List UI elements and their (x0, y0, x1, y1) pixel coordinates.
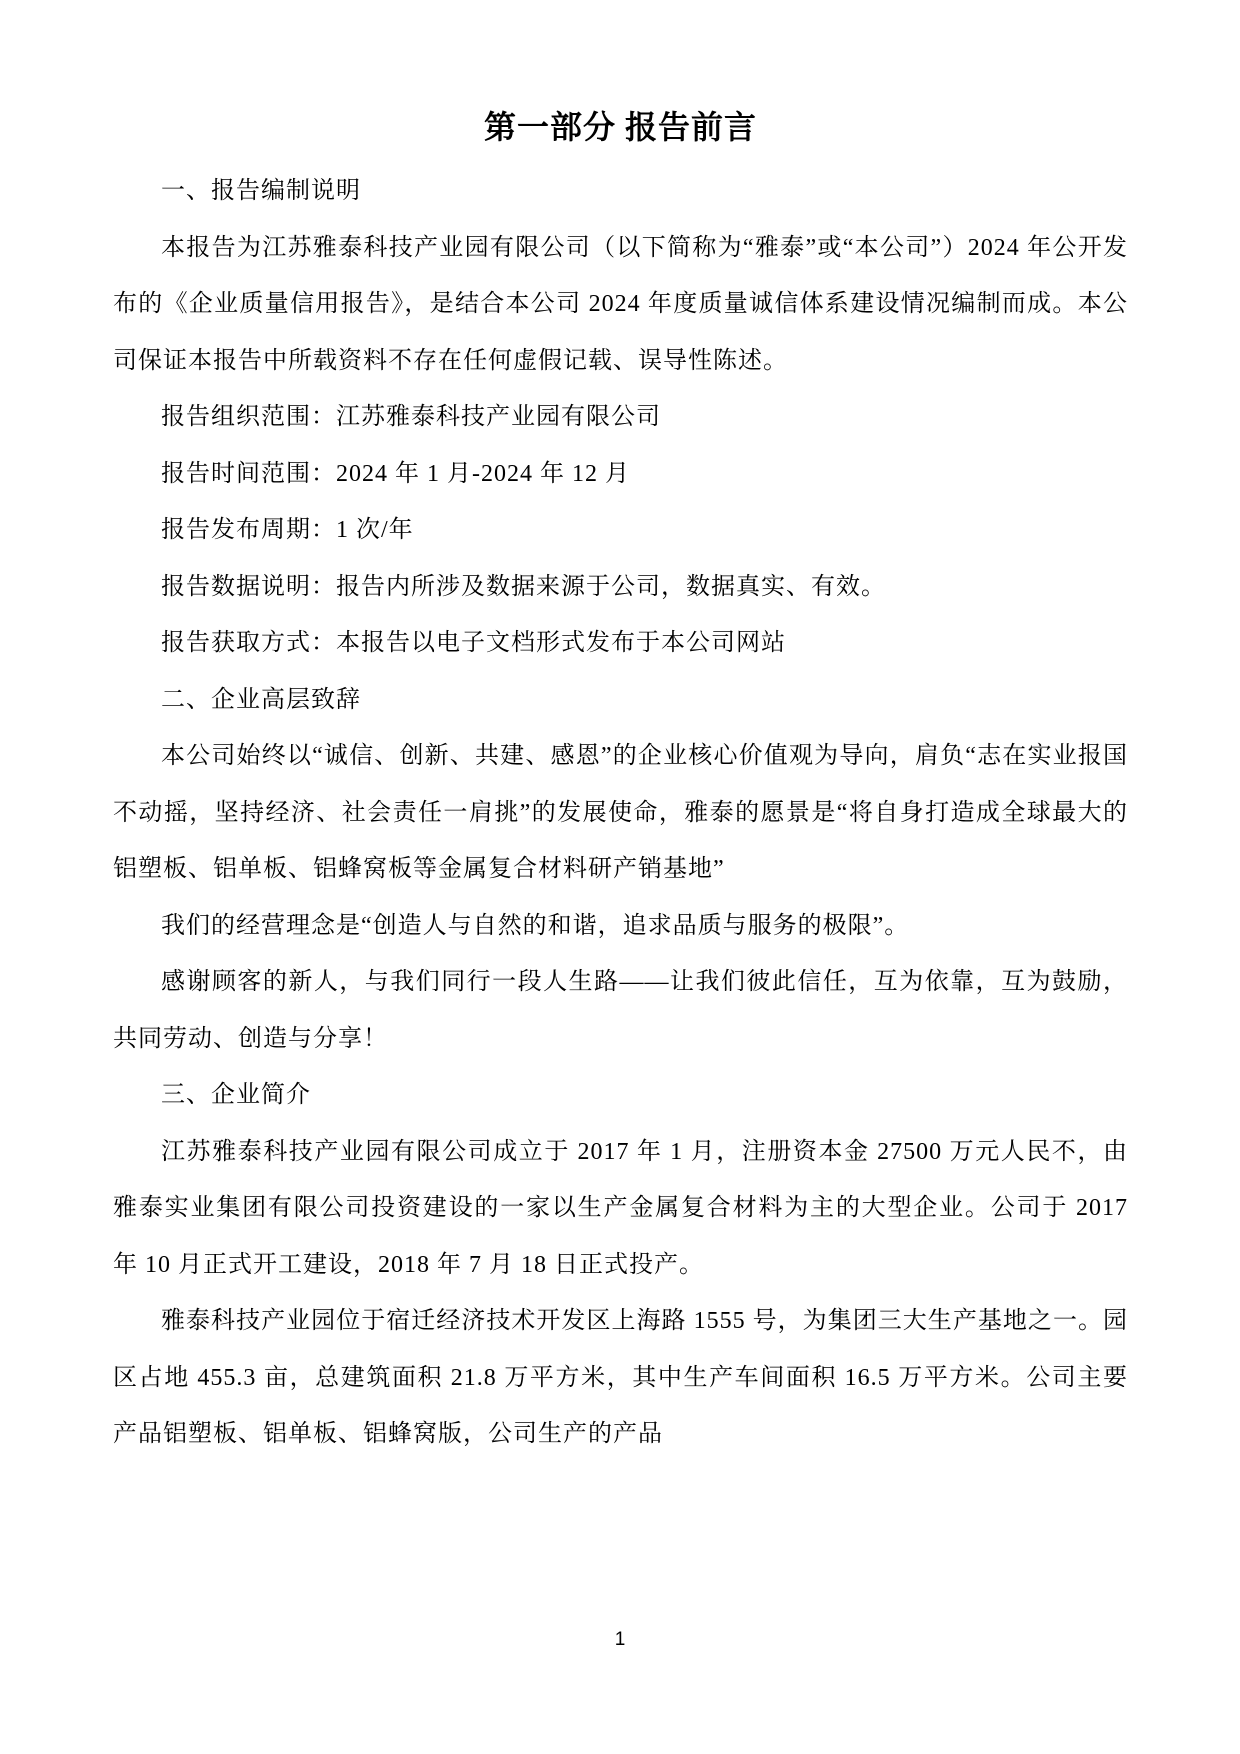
paragraph: 江苏雅泰科技产业园有限公司成立于 2017 年 1 月，注册资本金 27500 … (113, 1124, 1128, 1294)
section-heading-2: 二、企业高层致辞 (113, 672, 1128, 729)
paragraph-report-period: 报告时间范围：2024 年 1 月-2024 年 12 月 (113, 446, 1128, 503)
paragraph: 本公司始终以“诚信、创新、共建、感恩”的企业核心价值观为导向，肩负“志在实业报国… (113, 728, 1128, 898)
paragraph-report-data: 报告数据说明：报告内所涉及数据来源于公司，数据真实、有效。 (113, 559, 1128, 616)
paragraph-report-scope: 报告组织范围：江苏雅泰科技产业园有限公司 (113, 389, 1128, 446)
page-title: 第一部分 报告前言 (113, 103, 1128, 152)
paragraph: 我们的经营理念是“创造人与自然的和谐，追求品质与服务的极限”。 (113, 898, 1128, 955)
paragraph-report-access: 报告获取方式：本报告以电子文档形式发布于本公司网站 (113, 615, 1128, 672)
section-heading-3: 三、企业简介 (113, 1067, 1128, 1124)
paragraph-report-cycle: 报告发布周期：1 次/年 (113, 502, 1128, 559)
page-number: 1 (0, 1627, 1240, 1653)
document-page: 第一部分 报告前言 一、报告编制说明 本报告为江苏雅泰科技产业园有限公司（以下简… (0, 0, 1240, 1754)
paragraph: 本报告为江苏雅泰科技产业园有限公司（以下简称为“雅泰”或“本公司”）2024 年… (113, 220, 1128, 390)
section-heading-1: 一、报告编制说明 (113, 163, 1128, 220)
paragraph: 感谢顾客的新人，与我们同行一段人生路——让我们彼此信任，互为依靠，互为鼓励，共同… (113, 954, 1128, 1067)
paragraph: 雅泰科技产业园位于宿迁经济技术开发区上海路 1555 号，为集团三大生产基地之一… (113, 1293, 1128, 1463)
